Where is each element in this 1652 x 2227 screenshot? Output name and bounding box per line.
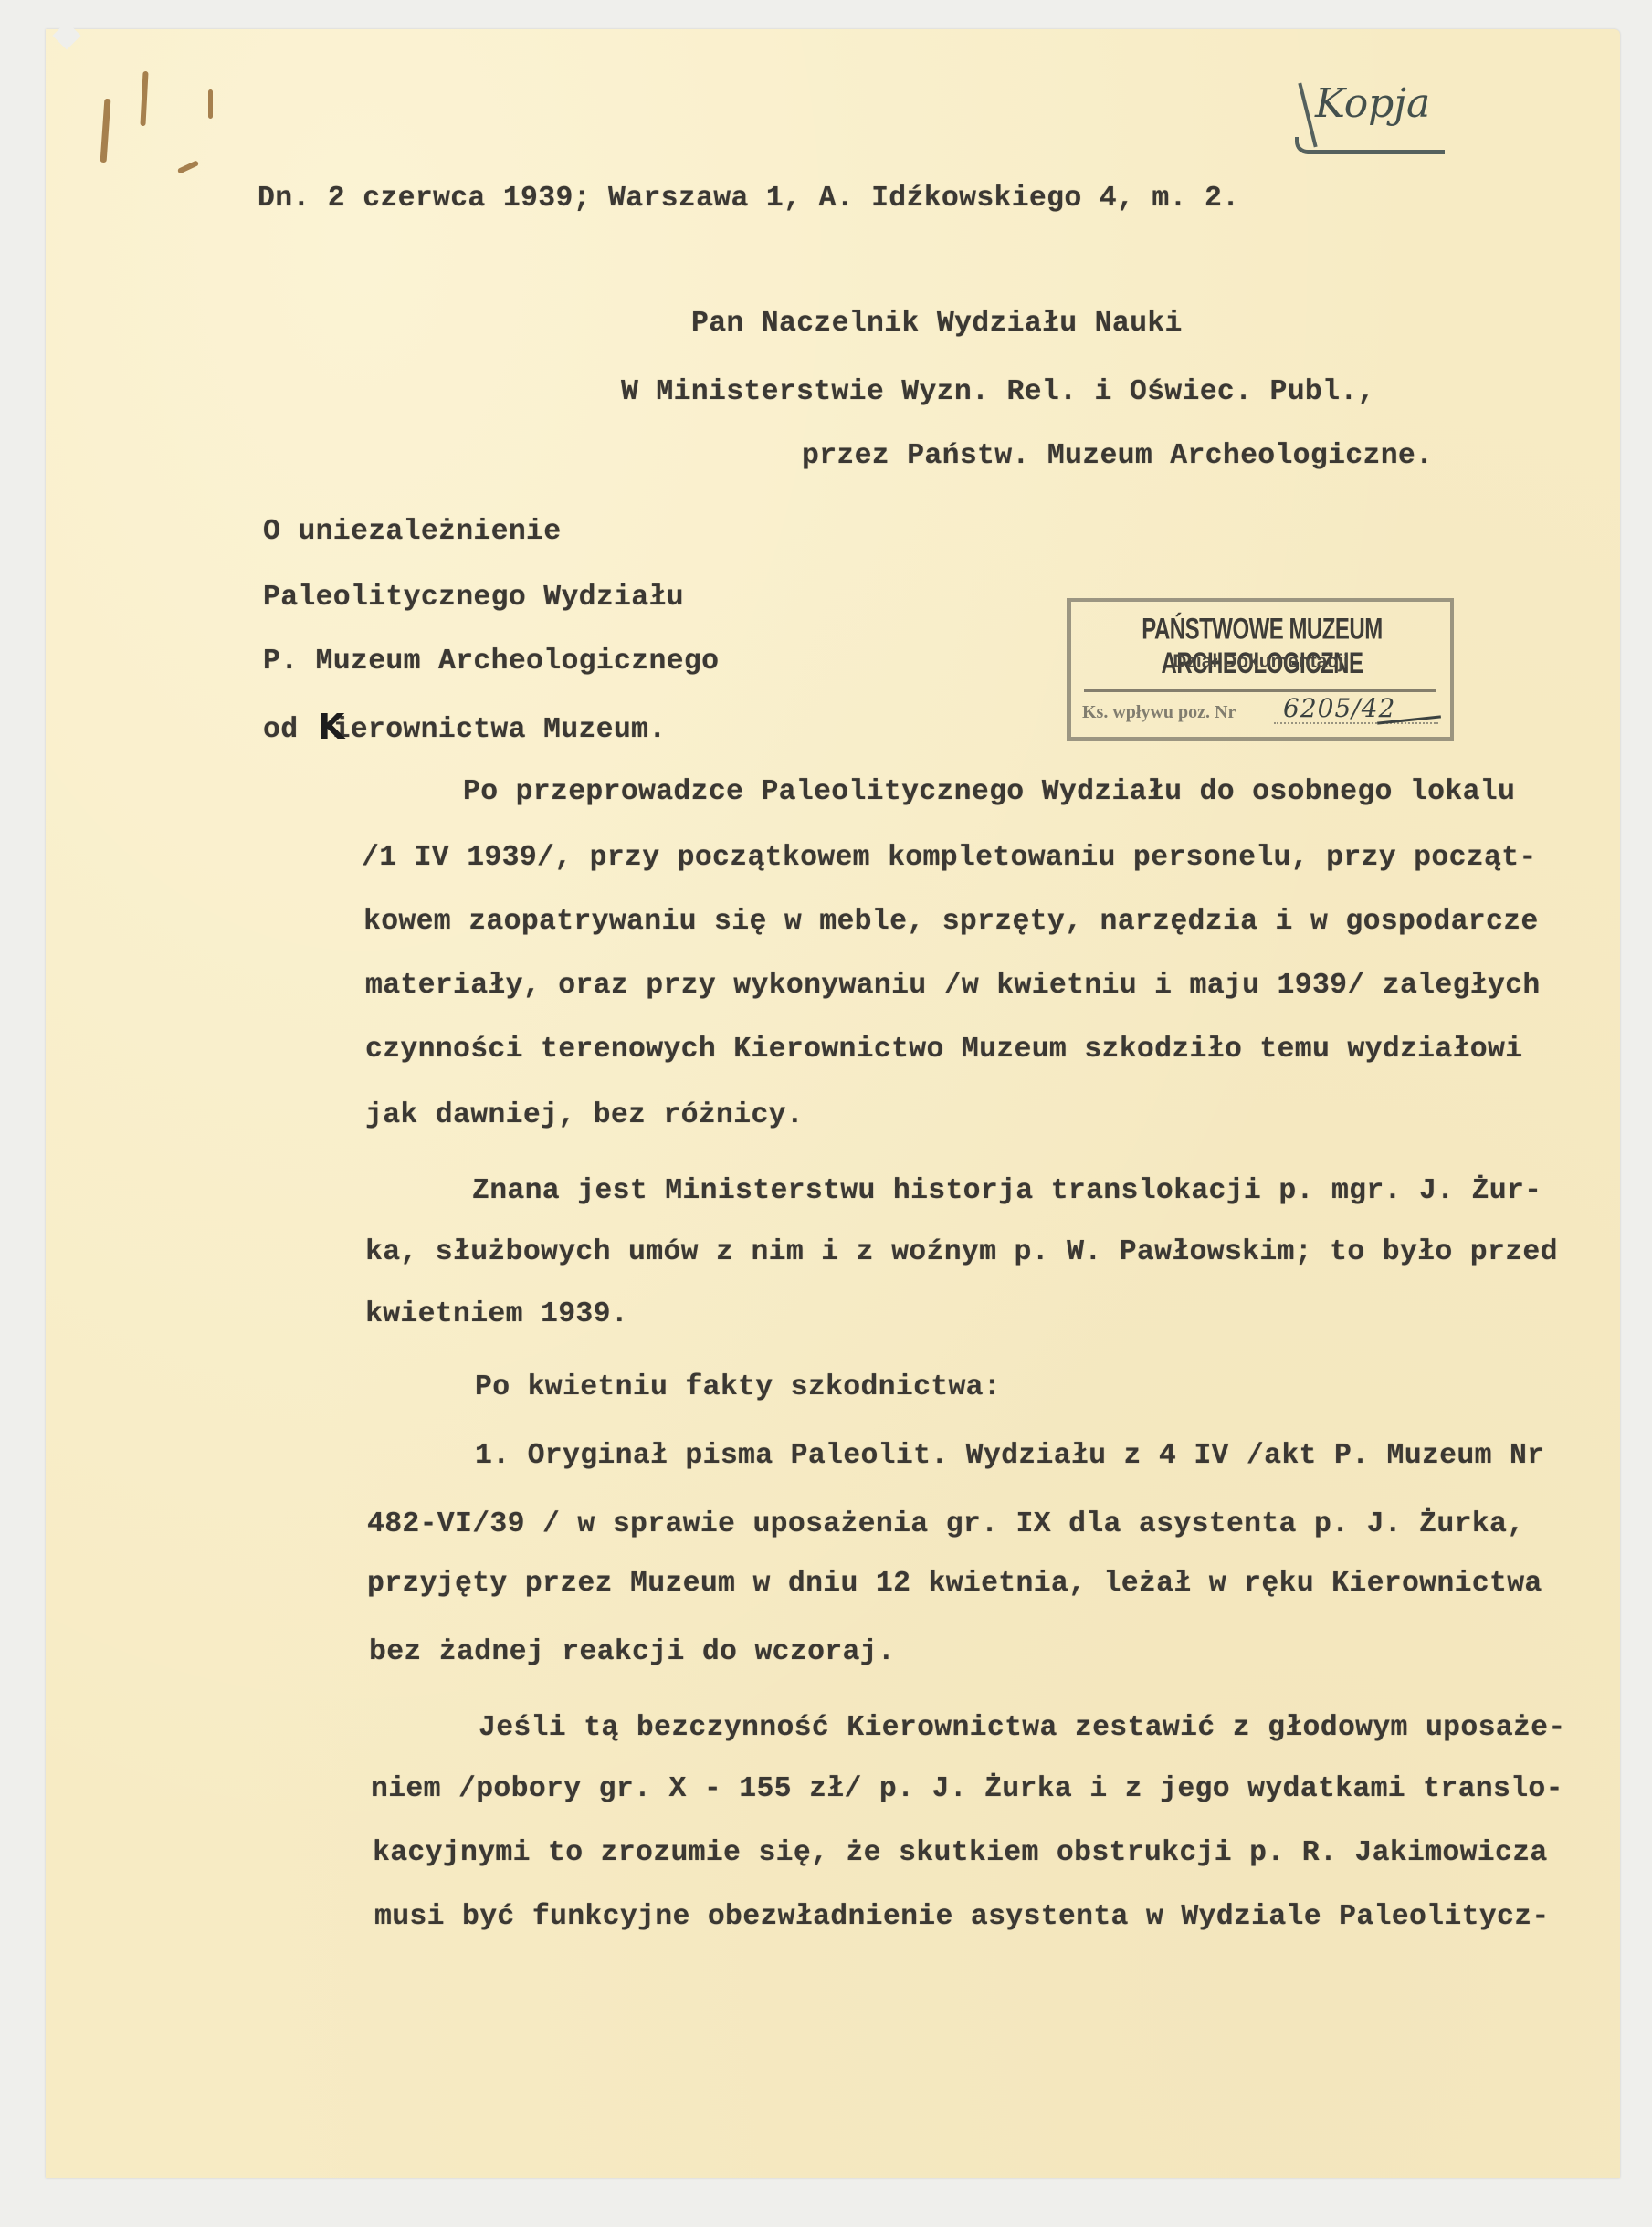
handwritten-copy-label: Kopja: [1315, 80, 1430, 127]
body-line: jak dawniej, bez różnicy.: [365, 1098, 804, 1134]
subject-line-1: O uniezależnienie: [263, 514, 561, 551]
body-line: kacyjnymi to zrozumie się, że skutkiem o…: [373, 1835, 1548, 1872]
subject-prefix: od: [263, 714, 316, 746]
stamp-field-label: Ks. wpływu poz. Nr: [1082, 702, 1236, 723]
body-line: ka, służbowych umów z nim i z woźnym p. …: [365, 1234, 1558, 1271]
addressee-line-3: przez Państw. Muzeum Archeologiczne.: [802, 438, 1433, 475]
stamp-department: Dział Dokumentacji: [1071, 651, 1450, 673]
addressee-line-2: W Ministerstwie Wyzn. Rel. i Oświec. Pub…: [621, 374, 1375, 411]
body-line: Po kwietniu fakty szkodnictwa:: [475, 1370, 1001, 1406]
body-line: kowem zaopatrywaniu się w meble, sprzęty…: [363, 904, 1539, 940]
body-line: 1. Oryginał pisma Paleolit. Wydziału z 4…: [475, 1438, 1544, 1475]
body-line: 482-VI/39 / w sprawie uposażenia gr. IX …: [367, 1507, 1524, 1543]
body-line: materiały, oraz przy wykonywaniu /w kwie…: [365, 968, 1541, 1004]
date-address-line: Dn. 2 czerwca 1939; Warszawa 1, A. Idźko…: [258, 181, 1239, 217]
body-line: przyjęty przez Muzeum w dniu 12 kwietnia…: [367, 1566, 1542, 1602]
body-line: czynności terenowych Kierownictwo Muzeum…: [365, 1032, 1522, 1068]
stamp-divider: [1084, 689, 1436, 692]
addressee-line-1: Pan Naczelnik Wydziału Nauki: [691, 306, 1183, 342]
body-line: Znana jest Ministerstwu historja translo…: [472, 1173, 1542, 1210]
subject-line-3: P. Muzeum Archeologicznego: [263, 644, 719, 680]
pencil-underline: [1295, 137, 1445, 154]
rust-mark: [208, 89, 213, 119]
body-line: kwietniem 1939.: [365, 1297, 628, 1333]
handwritten-k-correction: K: [318, 707, 344, 747]
museum-receipt-stamp: PAŃSTWOWE MUZEUM ARCHEOLOGICZNE Dział Do…: [1067, 598, 1454, 741]
body-line: bez żadnej reakcji do wczoraj.: [369, 1634, 895, 1671]
body-line: /1 IV 1939/, przy początkowem kompletowa…: [362, 840, 1537, 877]
stamp-entry-number: 6205/42: [1283, 693, 1395, 723]
body-line: Po przeprowadzce Paleolitycznego Wydział…: [463, 774, 1515, 811]
subject-rest: ierownictwa Muzeum.: [333, 714, 667, 746]
subject-line-2: Paleolitycznego Wydziału: [263, 580, 684, 616]
body-line: Jeśli tą bezczynność Kierownictwa zestaw…: [479, 1710, 1566, 1747]
body-line: niem /pobory gr. X - 155 zł/ p. J. Żurka…: [371, 1771, 1563, 1808]
body-line: musi być funkcyjne obezwładnienie asyste…: [374, 1899, 1550, 1936]
